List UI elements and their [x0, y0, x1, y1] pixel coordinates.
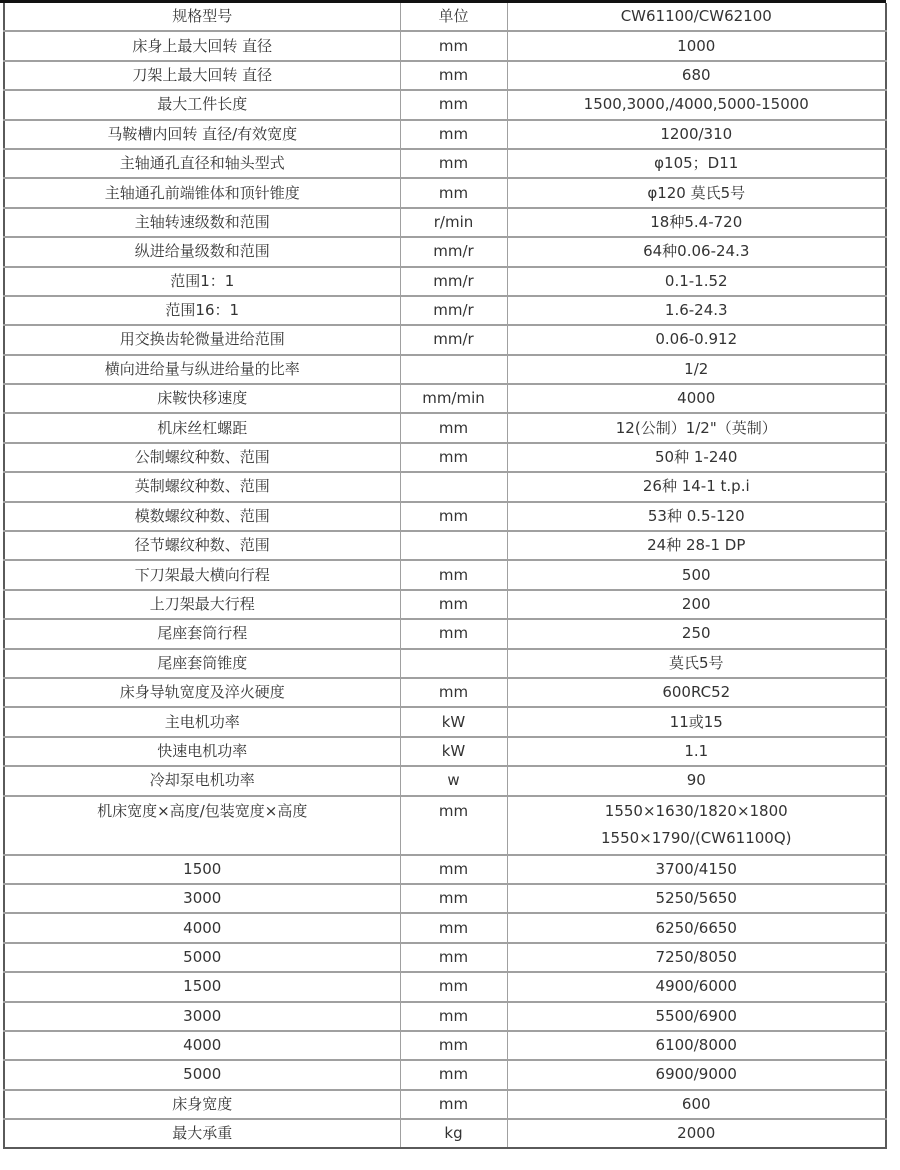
table-row: 主轴通孔直径和轴头型式mmφ105；D11 — [4, 149, 886, 178]
table-row: 模数螺纹种数、范围mm53种 0.5-120 — [4, 502, 886, 531]
unit-cell: mm — [400, 913, 507, 942]
value-cell: 64种0.06-24.3 — [507, 237, 886, 266]
value-cell: 莫氏5号 — [507, 649, 886, 678]
unit-cell: mm/r — [400, 267, 507, 296]
param-cell: 5000 — [4, 1060, 400, 1089]
param-cell: 英制螺纹种数、范围 — [4, 472, 400, 501]
unit-cell: mm/r — [400, 237, 507, 266]
param-cell: 4000 — [4, 913, 400, 942]
unit-cell: mm — [400, 31, 507, 60]
param-cell: 下刀架最大横向行程 — [4, 560, 400, 589]
param-cell: 床身上最大回转 直径 — [4, 31, 400, 60]
param-cell: 机床宽度×高度/包装宽度×高度 — [4, 796, 400, 855]
unit-cell: mm — [400, 443, 507, 472]
header-param: 规格型号 — [4, 3, 400, 31]
value-cell: 600RC52 — [507, 678, 886, 707]
table-row: 机床宽度×高度/包装宽度×高度mm1550×1630/1820×18001550… — [4, 796, 886, 855]
param-cell: 3000 — [4, 1002, 400, 1031]
param-cell: 主轴通孔直径和轴头型式 — [4, 149, 400, 178]
table-row: 英制螺纹种数、范围26种 14-1 t.p.i — [4, 472, 886, 501]
value-line-1: 1550×1630/1820×1800 — [508, 798, 886, 825]
table-row: 床身上最大回转 直径mm1000 — [4, 31, 886, 60]
param-cell: 尾座套筒行程 — [4, 619, 400, 648]
value-cell: 1000 — [507, 31, 886, 60]
table-row: 尾座套筒锥度莫氏5号 — [4, 649, 886, 678]
param-cell: 径节螺纹种数、范围 — [4, 531, 400, 560]
table-row: 1500mm4900/6000 — [4, 972, 886, 1001]
unit-cell: mm/r — [400, 296, 507, 325]
table-row: 4000mm6100/8000 — [4, 1031, 886, 1060]
value-cell: 6250/6650 — [507, 913, 886, 942]
table-row: 主电机功率kW11或15 — [4, 707, 886, 736]
unit-cell: mm — [400, 149, 507, 178]
value-cell: 600 — [507, 1090, 886, 1119]
param-cell: 纵进给量级数和范围 — [4, 237, 400, 266]
table-row: 径节螺纹种数、范围24种 28-1 DP — [4, 531, 886, 560]
table-row: 马鞍槽内回转 直径/有效宽度mm1200/310 — [4, 120, 886, 149]
unit-cell: mm — [400, 560, 507, 589]
unit-cell: kg — [400, 1119, 507, 1148]
unit-cell: mm — [400, 1090, 507, 1119]
unit-cell: mm — [400, 796, 507, 855]
unit-cell: kW — [400, 737, 507, 766]
unit-cell: mm — [400, 178, 507, 207]
param-cell: 1500 — [4, 972, 400, 1001]
param-cell: 范围1：1 — [4, 267, 400, 296]
table-row: 范围1：1mm/r0.1-1.52 — [4, 267, 886, 296]
param-cell: 床身宽度 — [4, 1090, 400, 1119]
unit-cell: mm — [400, 1002, 507, 1031]
value-cell: 5500/6900 — [507, 1002, 886, 1031]
value-cell: 4000 — [507, 384, 886, 413]
unit-cell: mm — [400, 972, 507, 1001]
value-cell: 4900/6000 — [507, 972, 886, 1001]
value-cell: 1.6-24.3 — [507, 296, 886, 325]
value-cell: 2000 — [507, 1119, 886, 1148]
unit-cell: mm — [400, 120, 507, 149]
header-unit: 单位 — [400, 3, 507, 31]
param-cell: 横向进给量与纵进给量的比率 — [4, 355, 400, 384]
param-cell: 尾座套筒锥度 — [4, 649, 400, 678]
header-model: CW61100/CW62100 — [507, 3, 886, 31]
value-cell: 1.1 — [507, 737, 886, 766]
param-cell: 上刀架最大行程 — [4, 590, 400, 619]
value-cell: 50种 1-240 — [507, 443, 886, 472]
value-cell: φ120 莫氏5号 — [507, 178, 886, 207]
param-cell: 4000 — [4, 1031, 400, 1060]
table-row: 床身宽度mm600 — [4, 1090, 886, 1119]
table-row: 纵进给量级数和范围mm/r64种0.06-24.3 — [4, 237, 886, 266]
param-cell: 主轴转速级数和范围 — [4, 208, 400, 237]
unit-cell — [400, 472, 507, 501]
param-cell: 3000 — [4, 884, 400, 913]
value-cell: 3700/4150 — [507, 855, 886, 884]
table-row: 范围16：1mm/r1.6-24.3 — [4, 296, 886, 325]
param-cell: 床身导轨宽度及淬火硬度 — [4, 678, 400, 707]
param-cell: 模数螺纹种数、范围 — [4, 502, 400, 531]
value-cell: 7250/8050 — [507, 943, 886, 972]
value-cell: 1/2 — [507, 355, 886, 384]
spec-table: 规格型号 单位 CW61100/CW62100 床身上最大回转 直径mm1000… — [3, 3, 887, 1149]
table-row: 最大工件长度mm1500,3000,/4000,5000-15000 — [4, 90, 886, 119]
table-row: 床身导轨宽度及淬火硬度mm600RC52 — [4, 678, 886, 707]
param-cell: 快速电机功率 — [4, 737, 400, 766]
table-row: 下刀架最大横向行程mm500 — [4, 560, 886, 589]
value-cell: 12(公制）1/2"（英制） — [507, 413, 886, 442]
unit-cell — [400, 355, 507, 384]
table-row: 床鞍快移速度mm/min4000 — [4, 384, 886, 413]
param-cell: 范围16：1 — [4, 296, 400, 325]
value-cell: 500 — [507, 560, 886, 589]
table-row: 冷却泵电机功率w90 — [4, 766, 886, 795]
param-cell: 主电机功率 — [4, 707, 400, 736]
unit-cell: w — [400, 766, 507, 795]
param-cell: 5000 — [4, 943, 400, 972]
table-row: 刀架上最大回转 直径mm680 — [4, 61, 886, 90]
unit-cell: mm — [400, 61, 507, 90]
table-row: 3000mm5250/5650 — [4, 884, 886, 913]
unit-cell: mm — [400, 884, 507, 913]
param-cell: 用交换齿轮微量进给范围 — [4, 325, 400, 354]
unit-cell: mm — [400, 90, 507, 119]
unit-cell — [400, 649, 507, 678]
param-cell: 刀架上最大回转 直径 — [4, 61, 400, 90]
param-cell: 最大工件长度 — [4, 90, 400, 119]
table-row: 5000mm6900/9000 — [4, 1060, 886, 1089]
unit-cell: mm — [400, 1060, 507, 1089]
value-cell: 53种 0.5-120 — [507, 502, 886, 531]
param-cell: 公制螺纹种数、范围 — [4, 443, 400, 472]
value-line-2: 1550×1790/(CW61100Q) — [508, 825, 886, 852]
value-cell: 0.1-1.52 — [507, 267, 886, 296]
table-row: 4000mm6250/6650 — [4, 913, 886, 942]
value-cell: 6100/8000 — [507, 1031, 886, 1060]
table-row: 5000mm7250/8050 — [4, 943, 886, 972]
param-cell: 马鞍槽内回转 直径/有效宽度 — [4, 120, 400, 149]
value-cell: 26种 14-1 t.p.i — [507, 472, 886, 501]
value-cell: 1500,3000,/4000,5000-15000 — [507, 90, 886, 119]
value-cell: φ105；D11 — [507, 149, 886, 178]
table-row: 快速电机功率kW1.1 — [4, 737, 886, 766]
table-row: 尾座套筒行程mm250 — [4, 619, 886, 648]
value-cell: 1550×1630/1820×18001550×1790/(CW61100Q) — [507, 796, 886, 855]
unit-cell: mm — [400, 855, 507, 884]
table-row: 3000mm5500/6900 — [4, 1002, 886, 1031]
param-cell: 最大承重 — [4, 1119, 400, 1148]
unit-cell: mm — [400, 590, 507, 619]
value-cell: 250 — [507, 619, 886, 648]
unit-cell — [400, 531, 507, 560]
table-row: 上刀架最大行程mm200 — [4, 590, 886, 619]
table-row: 最大承重kg2000 — [4, 1119, 886, 1148]
table-row: 用交换齿轮微量进给范围mm/r0.06-0.912 — [4, 325, 886, 354]
table-row: 公制螺纹种数、范围mm50种 1-240 — [4, 443, 886, 472]
table-row: 横向进给量与纵进给量的比率1/2 — [4, 355, 886, 384]
table-row: 主轴通孔前端锥体和顶针锥度mmφ120 莫氏5号 — [4, 178, 886, 207]
value-cell: 200 — [507, 590, 886, 619]
param-cell: 1500 — [4, 855, 400, 884]
unit-cell: mm — [400, 413, 507, 442]
table-header-row: 规格型号 单位 CW61100/CW62100 — [4, 3, 886, 31]
unit-cell: mm/min — [400, 384, 507, 413]
unit-cell: mm — [400, 502, 507, 531]
unit-cell: mm — [400, 1031, 507, 1060]
table-row: 主轴转速级数和范围r/min18种5.4-720 — [4, 208, 886, 237]
table-row: 机床丝杠螺距mm12(公制）1/2"（英制） — [4, 413, 886, 442]
value-cell: 0.06-0.912 — [507, 325, 886, 354]
param-cell: 冷却泵电机功率 — [4, 766, 400, 795]
param-cell: 床鞍快移速度 — [4, 384, 400, 413]
value-cell: 90 — [507, 766, 886, 795]
unit-cell: mm/r — [400, 325, 507, 354]
unit-cell: mm — [400, 678, 507, 707]
value-cell: 680 — [507, 61, 886, 90]
unit-cell: mm — [400, 943, 507, 972]
value-cell: 5250/5650 — [507, 884, 886, 913]
value-cell: 1200/310 — [507, 120, 886, 149]
unit-cell: mm — [400, 619, 507, 648]
value-cell: 24种 28-1 DP — [507, 531, 886, 560]
table-row: 1500mm3700/4150 — [4, 855, 886, 884]
unit-cell: kW — [400, 707, 507, 736]
param-cell: 机床丝杠螺距 — [4, 413, 400, 442]
unit-cell: r/min — [400, 208, 507, 237]
value-cell: 18种5.4-720 — [507, 208, 886, 237]
param-cell: 主轴通孔前端锥体和顶针锥度 — [4, 178, 400, 207]
value-cell: 11或15 — [507, 707, 886, 736]
value-cell: 6900/9000 — [507, 1060, 886, 1089]
